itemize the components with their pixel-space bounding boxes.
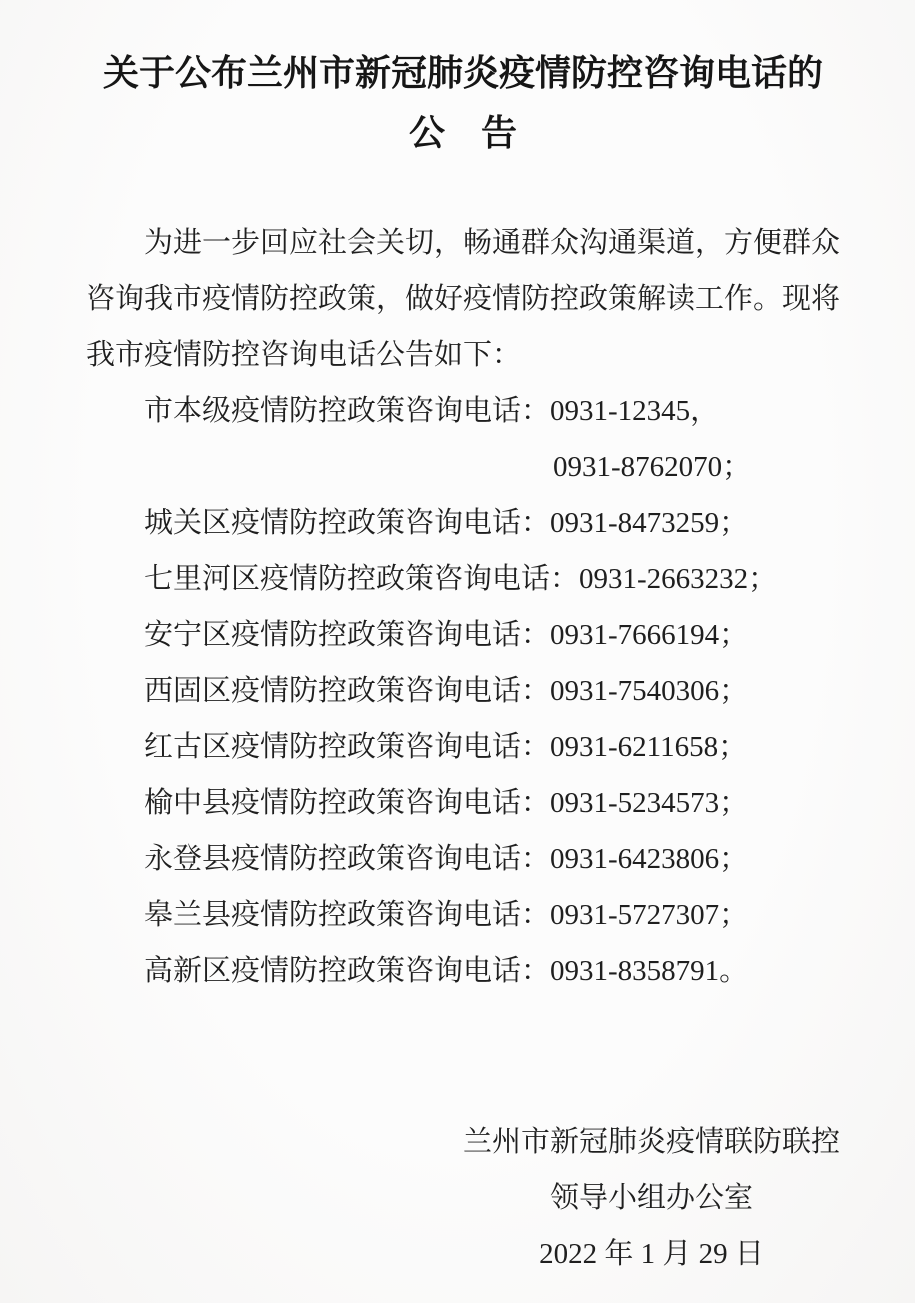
phone-line-yongdeng: 永登县疫情防控政策咨询电话：0931-6423806； bbox=[86, 831, 840, 887]
title-line-2: 公 告 bbox=[86, 103, 840, 163]
intro-paragraph: 为进一步回应社会关切，畅通群众沟通渠道，方便群众咨询我市疫情防控政策，做好疫情防… bbox=[86, 215, 840, 383]
signature-org-line-1: 兰州市新冠肺炎疫情联防联控 bbox=[463, 1114, 840, 1170]
signature-date: 2022 年 1 月 29 日 bbox=[463, 1226, 840, 1282]
phone-line-gaolan: 皋兰县疫情防控政策咨询电话：0931-5727307； bbox=[86, 887, 840, 943]
phone-line-city: 市本级疫情防控政策咨询电话：0931-12345， bbox=[86, 383, 840, 439]
phone-line-city-continuation: 0931-8762070； bbox=[86, 439, 840, 495]
signature-org-line-2: 领导小组办公室 bbox=[463, 1170, 840, 1226]
title-line-1: 关于公布兰州市新冠肺炎疫情防控咨询电话的 bbox=[86, 43, 840, 103]
phone-line-yuzhong: 榆中县疫情防控政策咨询电话：0931-5234573； bbox=[86, 775, 840, 831]
phone-line-gaoxin: 高新区疫情防控政策咨询电话：0931-8358791。 bbox=[86, 943, 840, 999]
signature-block: 兰州市新冠肺炎疫情联防联控 领导小组办公室 2022 年 1 月 29 日 bbox=[463, 1114, 840, 1282]
phone-list: 市本级疫情防控政策咨询电话：0931-12345， 0931-8762070； … bbox=[86, 383, 840, 999]
document-title: 关于公布兰州市新冠肺炎疫情防控咨询电话的 公 告 bbox=[86, 43, 840, 163]
phone-line-honggu: 红古区疫情防控政策咨询电话：0931-6211658； bbox=[86, 719, 840, 775]
phone-line-xigu: 西固区疫情防控政策咨询电话：0931-7540306； bbox=[86, 663, 840, 719]
phone-line-chengguan: 城关区疫情防控政策咨询电话：0931-8473259； bbox=[86, 495, 840, 551]
phone-line-anning: 安宁区疫情防控政策咨询电话：0931-7666194； bbox=[86, 607, 840, 663]
announcement-document: 关于公布兰州市新冠肺炎疫情防控咨询电话的 公 告 为进一步回应社会关切，畅通群众… bbox=[0, 0, 915, 1303]
phone-line-qilihe: 七里河区疫情防控政策咨询电话：0931-2663232； bbox=[86, 551, 840, 607]
